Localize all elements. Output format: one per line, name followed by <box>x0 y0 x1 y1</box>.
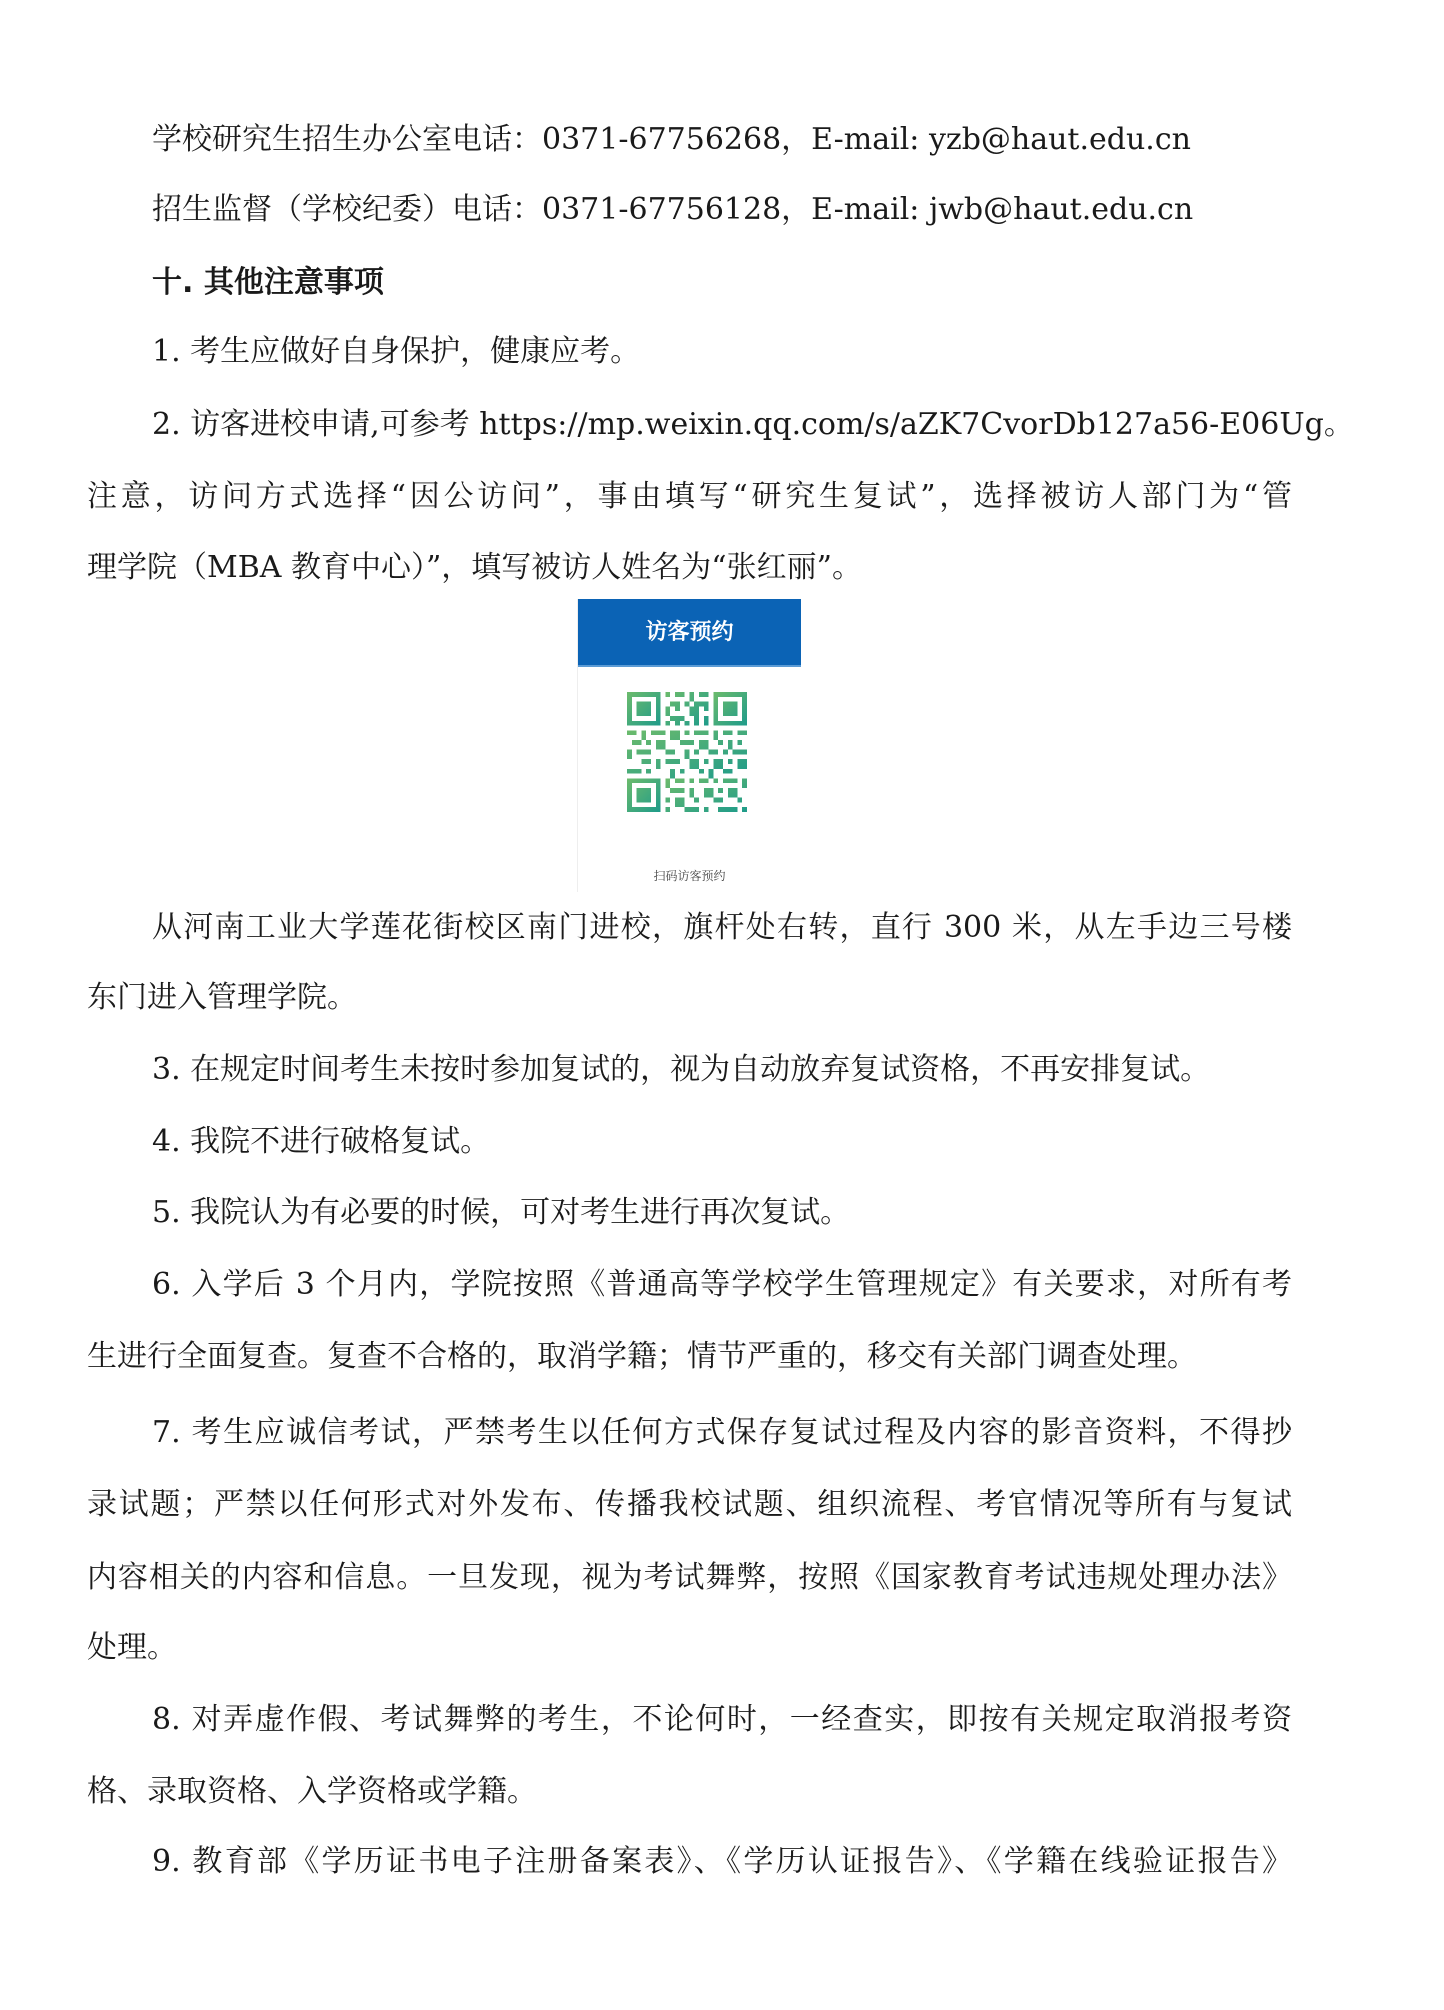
item-3: 3. 在规定时间考生未按时参加复试的，视为自动放弃复试资格，不再安排复试。 <box>152 1050 1292 1090</box>
qr-card-header: 访客预约 <box>578 599 801 667</box>
item-5: 5. 我院认为有必要的时候，可对考生进行再次复试。 <box>152 1193 1292 1233</box>
item-8-line-2: 格、录取资格、入学资格或学籍。 <box>87 1772 1292 1812</box>
qr-caption: 扫码访客预约 <box>578 867 801 884</box>
item-2-line-3: 理学院（MBA 教育中心）”，填写被访人姓名为“张红丽”。 <box>87 548 1292 588</box>
directions-line-2: 东门进入管理学院。 <box>87 978 1292 1018</box>
item-7-line-2: 录试题；严禁以任何形式对外发布、传播我校试题、组织流程、考官情况等所有与复试 <box>87 1485 1292 1525</box>
item-8-line-1: 8. 对弄虚作假、考试舞弊的考生，不论何时，一经查实，即按有关规定取消报考资 <box>152 1700 1292 1740</box>
visitor-appointment-qr-card: 访客预约 扫码访客预约 <box>577 599 800 892</box>
item-7-line-1: 7. 考生应诚信考试，严禁考生以任何方式保存复试过程及内容的影音资料，不得抄 <box>152 1413 1292 1453</box>
item-2-line-2: 注意，访问方式选择“因公访问”，事由填写“研究生复试”，选择被访人部门为“管 <box>87 477 1292 517</box>
section-heading: 十. 其他注意事项 <box>152 263 1292 303</box>
item-7-line-4: 处理。 <box>87 1628 1292 1668</box>
item-9-line-1: 9. 教育部《学历证书电子注册备案表》、《学历认证报告》、《学籍在线验证报告》 <box>152 1842 1292 1882</box>
qr-code-icon[interactable] <box>625 692 749 812</box>
directions-line-1: 从河南工业大学莲花街校区南门进校，旗杆处右转，直行 300 米，从左手边三号楼 <box>152 908 1292 948</box>
item-7-line-3: 内容相关的内容和信息。一旦发现，视为考试舞弊，按照《国家教育考试违规处理办法》 <box>87 1558 1292 1598</box>
admissions-office-contact: 学校研究生招生办公室电话：0371-67756268，E-mail: yzb@h… <box>152 120 1292 160</box>
item-6-line-1: 6. 入学后 3 个月内，学院按照《普通高等学校学生管理规定》有关要求，对所有考 <box>152 1265 1292 1305</box>
supervision-contact: 招生监督（学校纪委）电话：0371-67756128，E-mail: jwb@h… <box>152 190 1292 230</box>
item-4: 4. 我院不进行破格复试。 <box>152 1122 1292 1162</box>
item-6-line-2: 生进行全面复查。复查不合格的，取消学籍；情节严重的，移交有关部门调查处理。 <box>87 1337 1292 1377</box>
item-2-line-1: 2. 访客进校申请,可参考 https://mp.weixin.qq.com/s… <box>152 405 1292 445</box>
item-1: 1. 考生应做好自身保护，健康应考。 <box>152 332 1292 372</box>
